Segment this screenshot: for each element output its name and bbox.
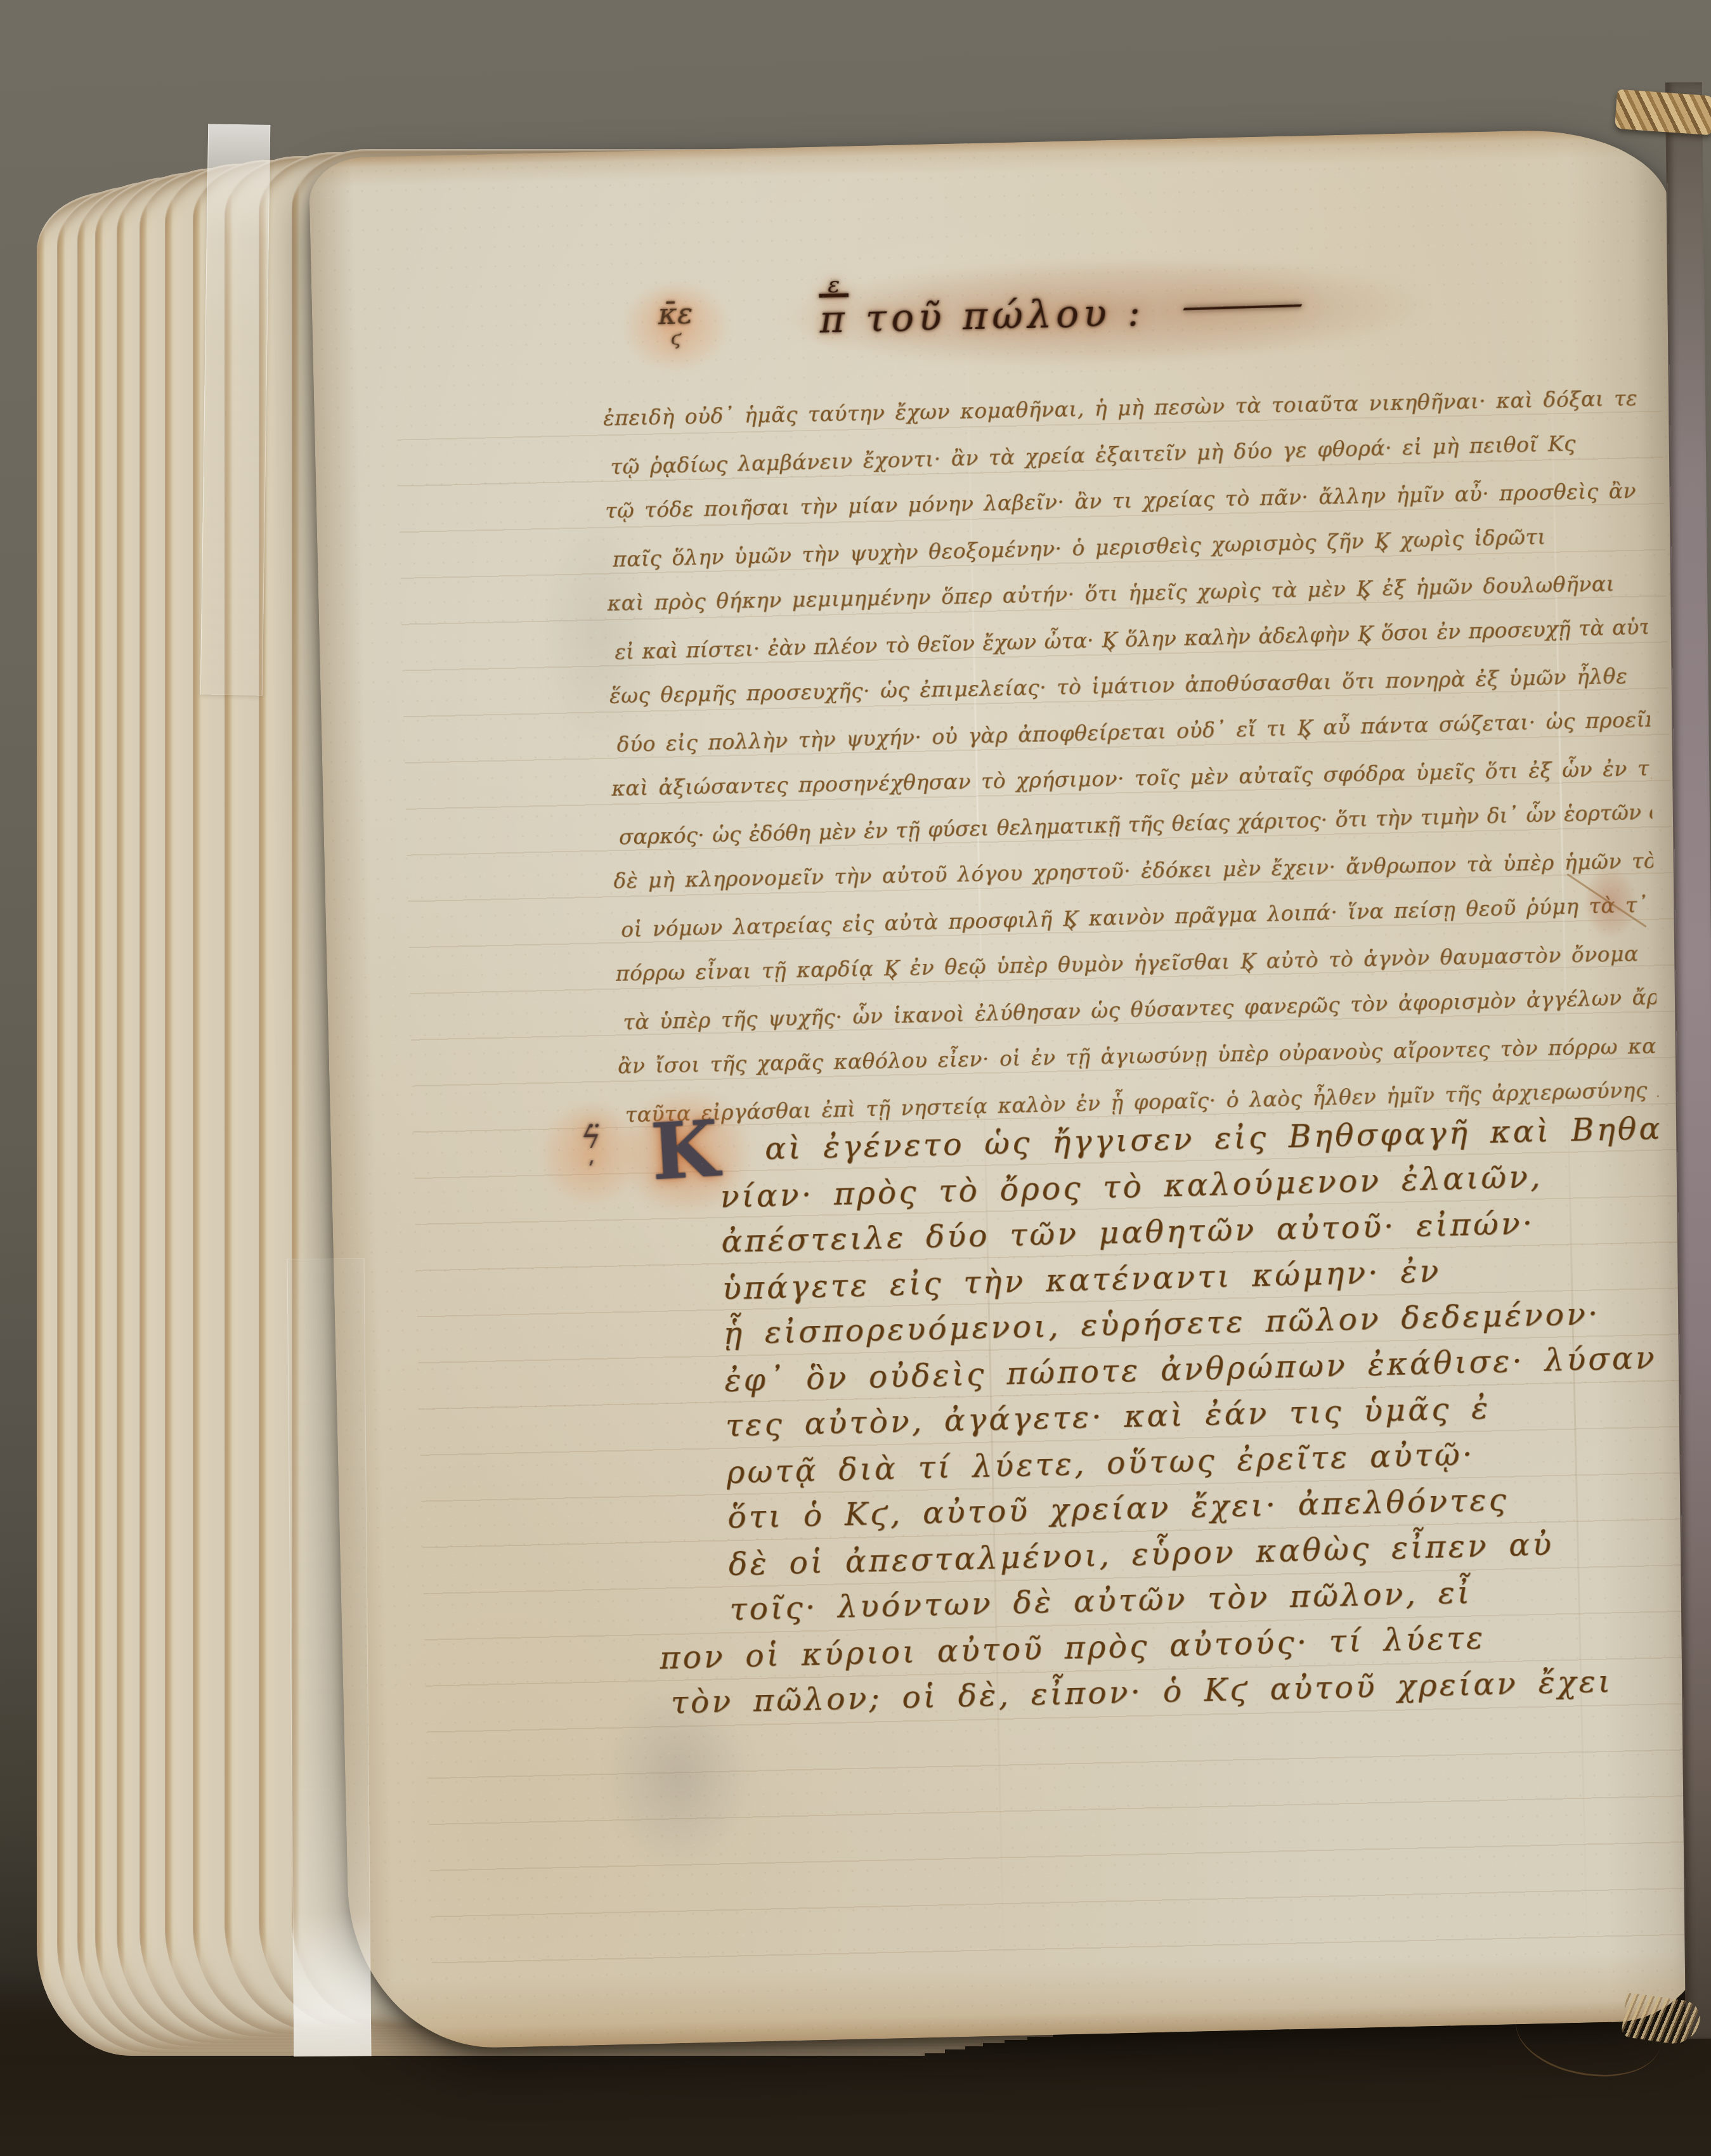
commentary-text-block: ἐπειδὴ οὐδ᾽ ἡμᾶς ταύτην ἔχων κομαθῆναι, …: [602, 373, 1659, 1137]
braided-endband: [1615, 89, 1711, 136]
lection-margin-mark: ϟ̈ ʹ: [564, 1120, 618, 1188]
heading-flourish-dash: —: [1175, 280, 1324, 329]
chapter-title-text: τοῦ πώλου :: [865, 290, 1145, 341]
kephalaion-margin-mark: κ̄ε ϛ: [647, 301, 705, 353]
lection-sign: ϟ̈: [580, 1120, 601, 1156]
abbreviation-base: π: [819, 297, 850, 342]
manuscript-page: πε τοῦ πώλου : — κ̄ε ϛ ἐπειδὴ οὐδ᾽ ἡμᾶς …: [308, 127, 1711, 2051]
abbreviation-superscript: ε: [828, 272, 845, 299]
kephalaion-flourish: ϛ: [647, 326, 705, 353]
epi-abbreviation: πε: [819, 297, 850, 342]
initial-kappa: Κ: [649, 1103, 721, 1198]
gospel-text-block: αὶ ἐγένετο ὡς ἤγγισεν εἰς Βηθσφαγῆ καὶ Β…: [719, 1105, 1683, 1724]
photograph-manuscript-codex: { "photo": { "subject": "Greek parchment…: [0, 0, 1711, 2156]
lection-sign-lower: ʹ: [564, 1153, 618, 1188]
chapter-title-rubric: πε τοῦ πώλου : —: [819, 289, 1221, 342]
